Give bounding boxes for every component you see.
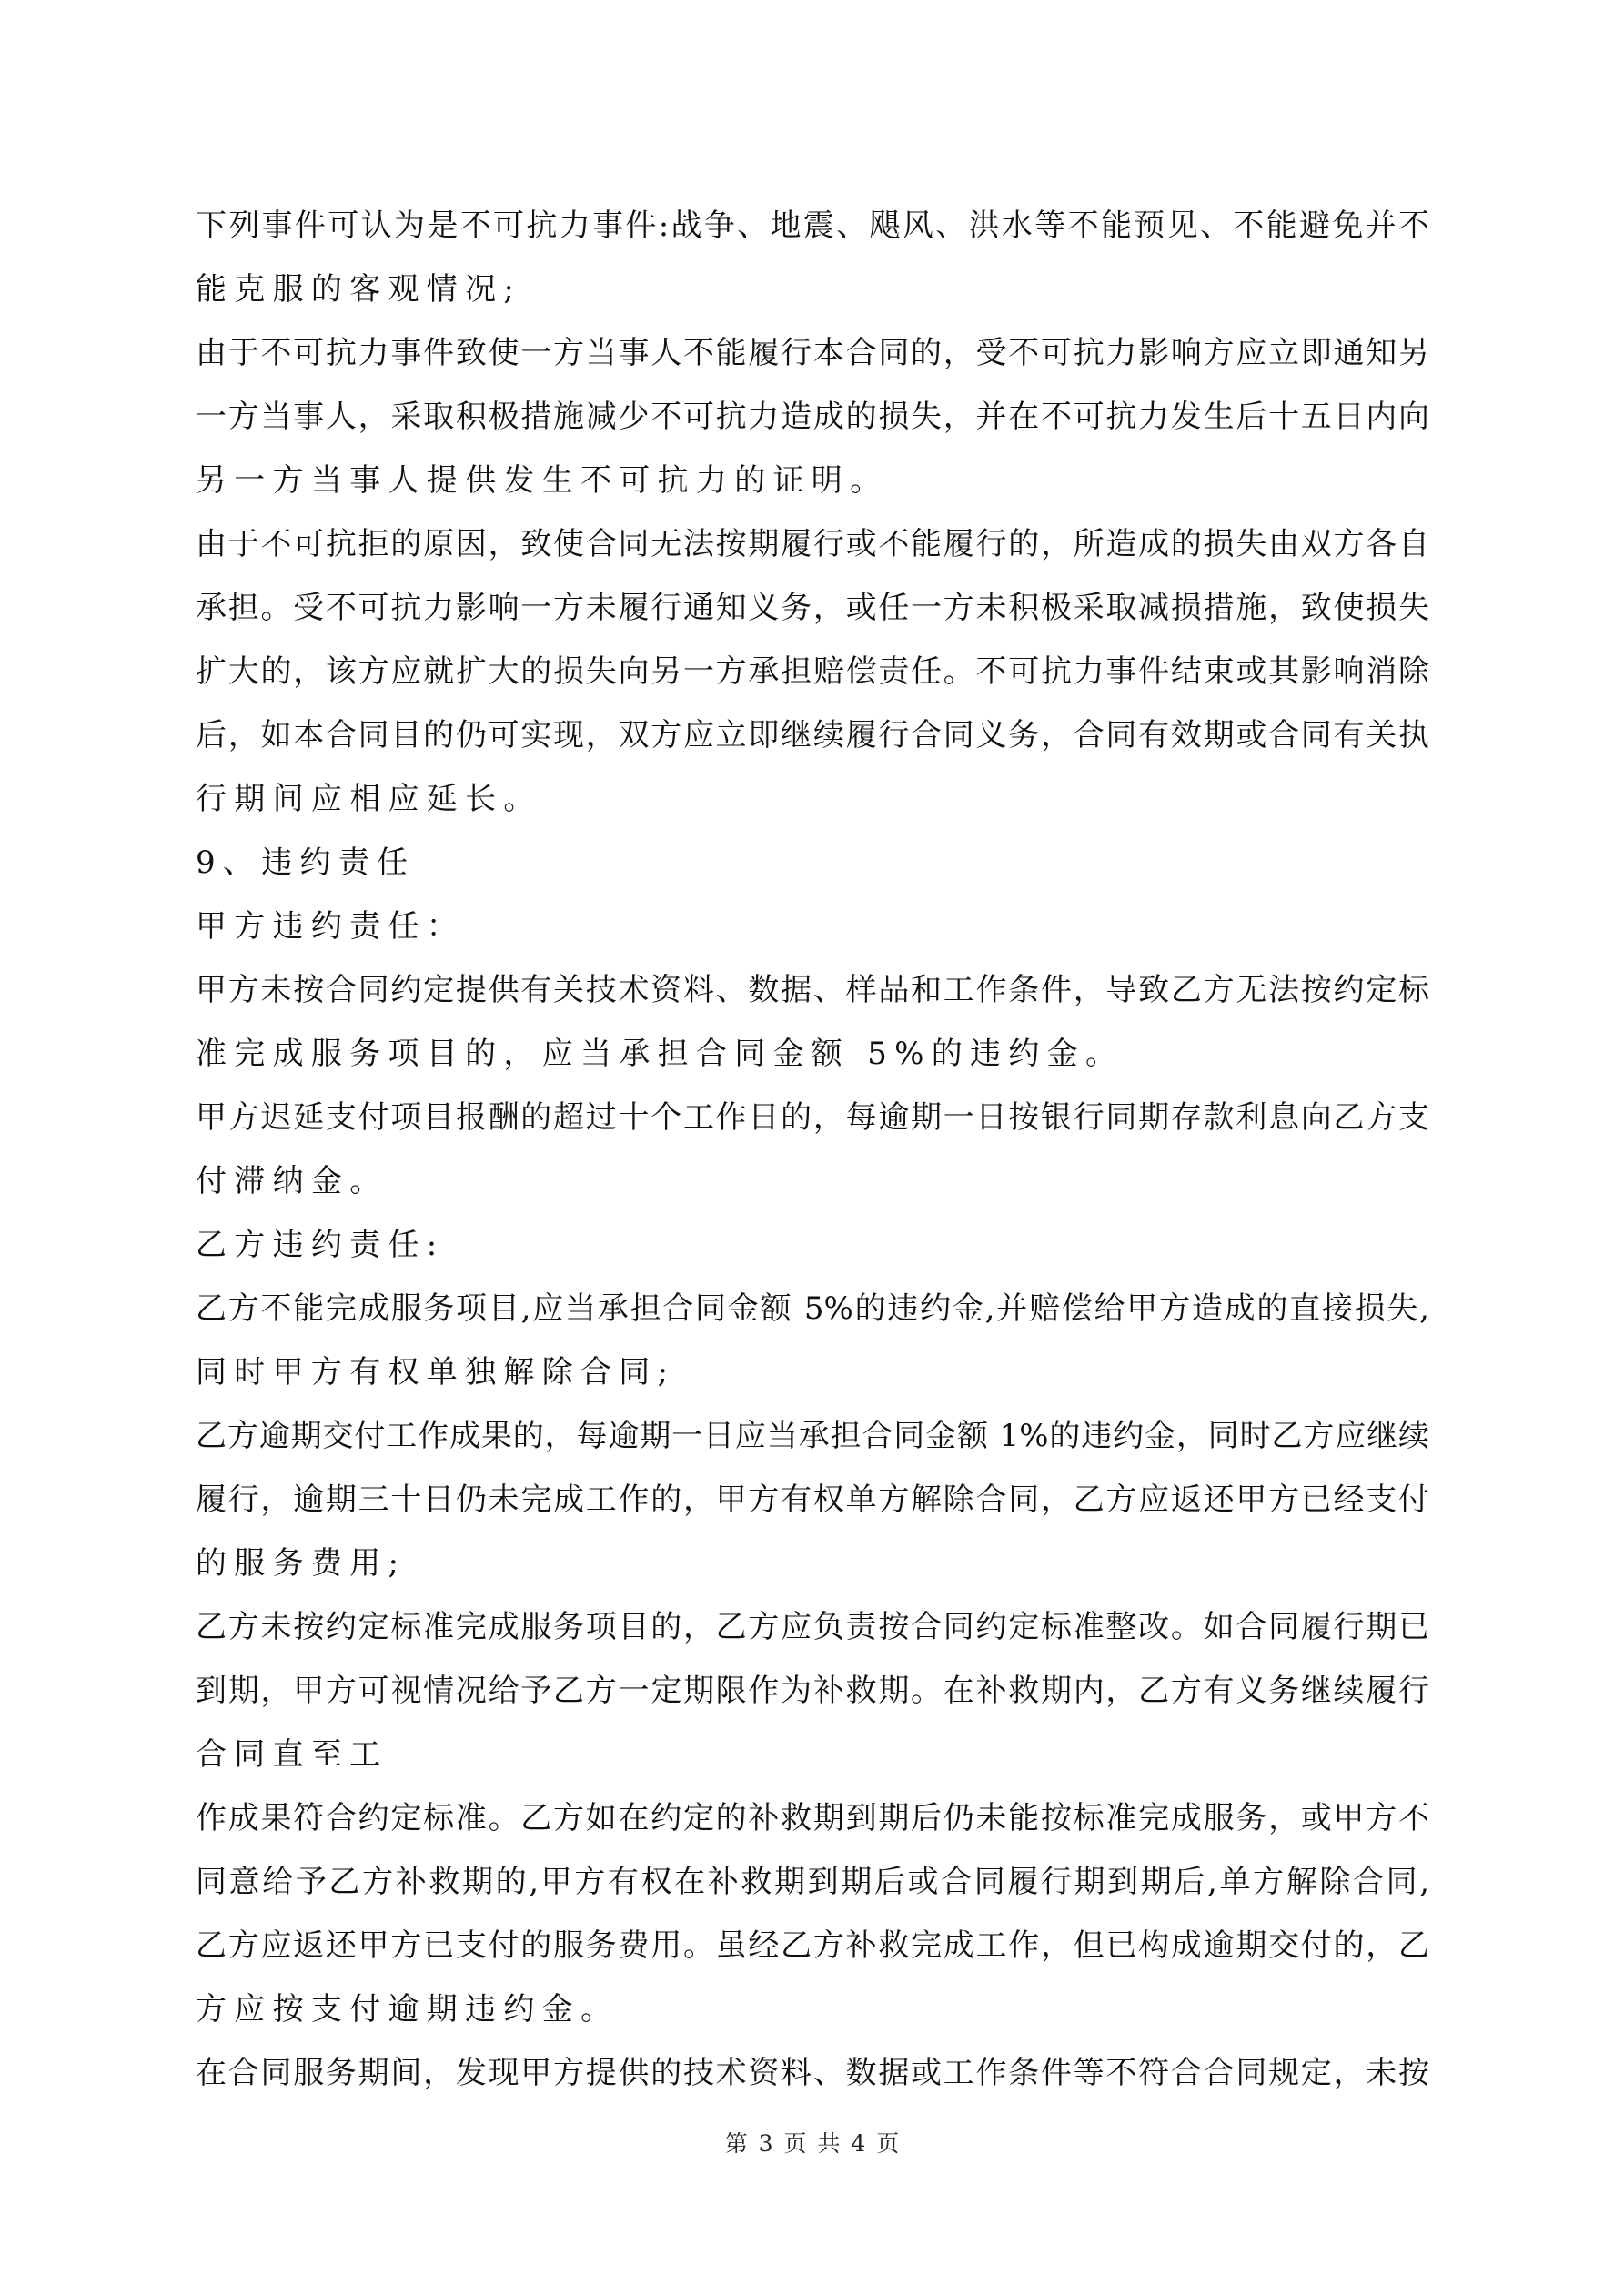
text-line: 乙方不能完成服务项目,应当承担合同金额 5%的违约金,并赔偿给甲方造成的直接损失… <box>196 1285 1429 1349</box>
text-line: 后，如本合同目的仍可实现，双方应立即继续履行合同义务，合同有效期或合同有关执 <box>196 712 1429 775</box>
text-line: 乙方未按约定标准完成服务项目的，乙方应负责按合同约定标准整改。如合同履行期已 <box>196 1603 1429 1667</box>
document-body: 下列事件可认为是不可抗力事件:战争、地震、飓风、洪水等不能预见、不能避免并不 能… <box>196 202 1429 2113</box>
section-heading: 9、违约责任 <box>196 839 1429 903</box>
text-line: 由于不可抗力事件致使一方当事人不能履行本合同的，受不可抗力影响方应立即通知另 <box>196 329 1429 393</box>
text-line: 作成果符合约定标准。乙方如在约定的补救期到期后仍未能按标准完成服务，或甲方不 <box>196 1795 1429 1858</box>
document-page: 下列事件可认为是不可抗力事件:战争、地震、飓风、洪水等不能预见、不能避免并不 能… <box>0 0 1624 2296</box>
text-line: 乙方应返还甲方已支付的服务费用。虽经乙方补救完成工作，但已构成逾期交付的，乙 <box>196 1922 1429 1986</box>
text-line: 履行，逾期三十日仍未完成工作的，甲方有权单方解除合同，乙方应返还甲方已经支付 <box>196 1476 1429 1540</box>
text-line: 合同直至工 <box>196 1731 1429 1795</box>
subsection-heading: 甲方违约责任： <box>196 903 1429 966</box>
text-line: 准完成服务项目的，应当承担合同金额 5%的违约金。 <box>196 1030 1429 1094</box>
text-line: 扩大的，该方应就扩大的损失向另一方承担赔偿责任。不可抗力事件结束或其影响消除 <box>196 648 1429 712</box>
text-line: 乙方逾期交付工作成果的，每逾期一日应当承担合同金额 1%的违约金，同时乙方应继续 <box>196 1412 1429 1476</box>
text-line: 由于不可抗拒的原因，致使合同无法按期履行或不能履行的，所造成的损失由双方各自 <box>196 521 1429 584</box>
text-line: 到期，甲方可视情况给予乙方一定期限作为补救期。在补救期内，乙方有义务继续履行 <box>196 1667 1429 1731</box>
text-line: 同意给予乙方补救期的,甲方有权在补救期到期后或合同履行期到期后,单方解除合同, <box>196 1858 1429 1922</box>
text-line: 同时甲方有权单独解除合同; <box>196 1349 1429 1412</box>
text-line: 的服务费用; <box>196 1540 1429 1603</box>
text-line: 甲方迟延支付项目报酬的超过十个工作日的，每逾期一日按银行同期存款利息向乙方支 <box>196 1094 1429 1158</box>
text-line: 方应按支付逾期违约金。 <box>196 1986 1429 2049</box>
text-line: 付滞纳金。 <box>196 1158 1429 1221</box>
text-line: 一方当事人，采取积极措施减少不可抗力造成的损失，并在不可抗力发生后十五日内向 <box>196 393 1429 457</box>
text-line: 甲方未按合同约定提供有关技术资料、数据、样品和工作条件，导致乙方无法按约定标 <box>196 966 1429 1030</box>
text-line: 另一方当事人提供发生不可抗力的证明。 <box>196 457 1429 521</box>
text-line: 承担。受不可抗力影响一方未履行通知义务，或任一方未积极采取减损措施，致使损失 <box>196 584 1429 648</box>
text-line: 在合同服务期间，发现甲方提供的技术资料、数据或工作条件等不符合合同规定，未按 <box>196 2049 1429 2113</box>
text-line: 能克服的客观情况; <box>196 266 1429 329</box>
page-number-footer: 第 3 页 共 4 页 <box>0 2128 1624 2160</box>
subsection-heading: 乙方违约责任: <box>196 1221 1429 1285</box>
text-line: 行期间应相应延长。 <box>196 775 1429 839</box>
text-line: 下列事件可认为是不可抗力事件:战争、地震、飓风、洪水等不能预见、不能避免并不 <box>196 202 1429 266</box>
